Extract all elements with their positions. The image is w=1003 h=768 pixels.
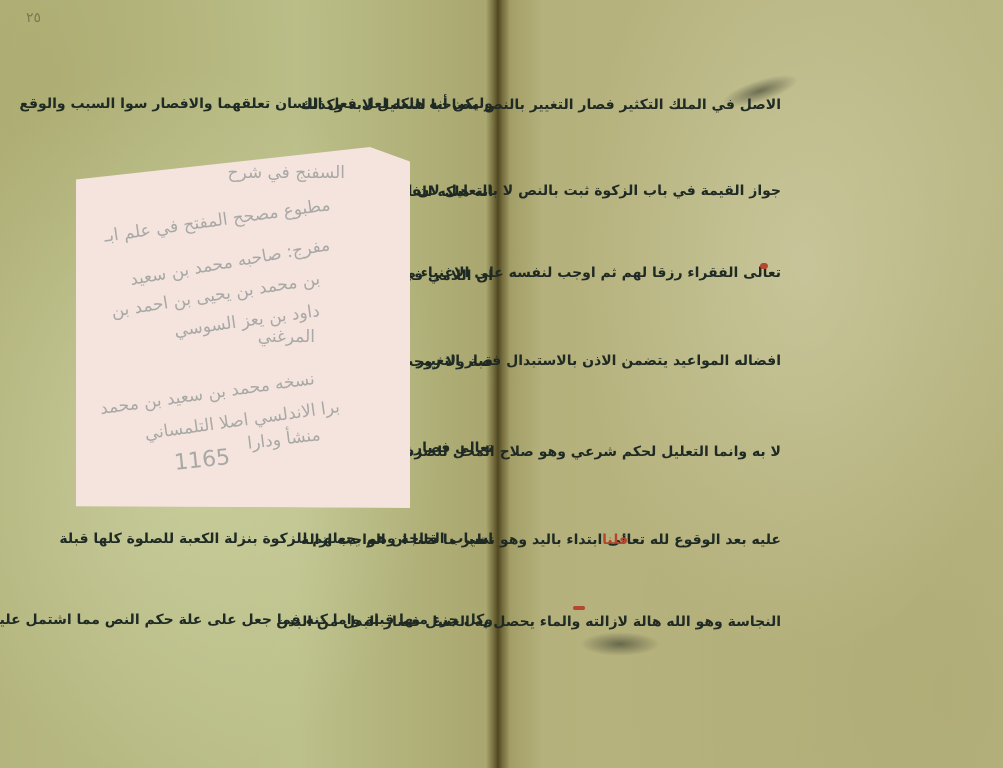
rubric-mark	[573, 606, 585, 610]
right-line-1: الاصل في الملك التكثير فصار التغيير بالن…	[300, 97, 781, 113]
note-line-2: مطبوع مصحح المفتح في علم ابـ	[103, 195, 332, 247]
note-line-1: السفنج في شرح	[228, 163, 345, 183]
sticky-note: السفنج في شرح مطبوع مصحح المفتح في علم ا…	[76, 147, 410, 508]
rubric-word: قلنا	[602, 532, 628, 548]
book-gutter	[486, 0, 510, 768]
manuscript-photo: ٢٥ وليكن أنه هلكه لعل فعل اللسان تعلقهما…	[0, 0, 1003, 768]
rubric-mark	[760, 263, 768, 269]
note-date: 1165	[173, 445, 231, 476]
folio-number: ٢٥	[26, 10, 41, 26]
ink-smudge	[580, 632, 660, 656]
right-line-6: عليه بعد الوقوع لله تعالى ابتداء باليد و…	[301, 532, 781, 548]
note-line-6: المرغني	[258, 327, 315, 347]
note-line-9: منشأ ودارا	[246, 425, 321, 454]
right-line-7: النجاسة وهو الله هالة لازالته والماء يحص…	[276, 614, 781, 630]
right-page	[503, 0, 1003, 768]
